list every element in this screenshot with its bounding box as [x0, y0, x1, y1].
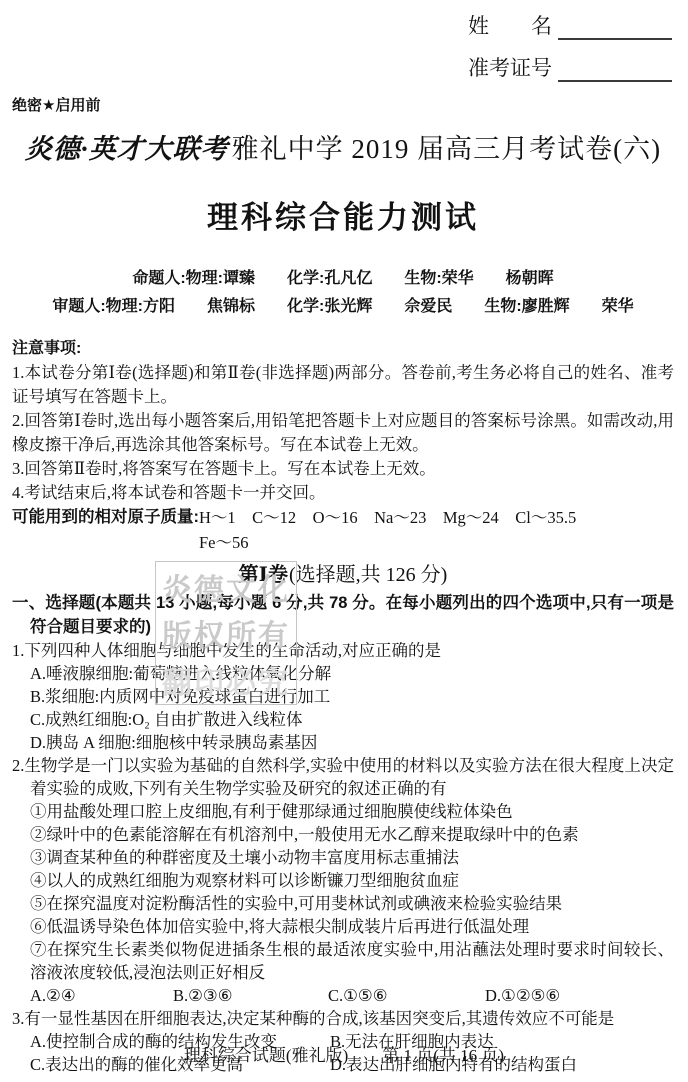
- question-2-statement-2: ②绿叶中的色素能溶解在有机溶剂中,一般使用无水乙醇来提取绿叶中的色素: [12, 823, 674, 846]
- subject-title: 理科综合能力测试: [12, 192, 674, 237]
- exam-paper-page: 姓 名 准考证号 绝密★启用前 炎德·英才大联考雅礼中学 2019 届高三月考试…: [0, 0, 688, 1082]
- question-1: 1.下列四种人体细胞与细胞中发生的生命活动,对应正确的是 A.唾液腺细胞:葡萄糖…: [12, 639, 674, 754]
- secrecy-notice: 绝密★启用前: [12, 94, 674, 115]
- atomic-mass-line-2: Fe～56: [199, 530, 576, 555]
- question-2-statement-1: ①用盐酸处理口腔上皮细胞,有利于健那绿通过细胞膜使线粒体染色: [12, 800, 674, 823]
- atomic-mass-values: H～1 C～12 O～16 Na～23 Mg～24 Cl～35.5 Fe～56: [199, 505, 576, 555]
- watermark-line: 炎德文化: [162, 565, 290, 609]
- exam-brand: 炎德·英才大联考: [25, 134, 229, 164]
- ticket-number-label: 准考证号: [468, 52, 552, 82]
- atomic-mass-label: 可能用到的相对原子质量:: [12, 505, 199, 530]
- notice-title: 注意事项:: [12, 337, 674, 361]
- name-label: 姓 名: [468, 10, 552, 40]
- notice-item-4: 4.考试结束后,将本试卷和答题卡一并交回。: [12, 481, 674, 505]
- watermark-line: 版权所有: [162, 611, 290, 655]
- question-2-statement-7: ⑦在探究生长素类似物促进插条生根的最适浓度实验中,用沾蘸法处理时要求时间较长、溶…: [12, 938, 674, 984]
- name-field-row: 姓 名: [468, 10, 672, 40]
- atomic-mass-row: 可能用到的相对原子质量: H～1 C～12 O～16 Na～23 Mg～24 C…: [12, 505, 674, 555]
- candidate-info-block: 姓 名 准考证号: [468, 10, 672, 82]
- question-2-statement-5: ⑤在探究温度对淀粉酶活性的实验中,可用斐林试剂或碘液来检验实验结果: [12, 892, 674, 915]
- setters-line: 命题人:物理:谭臻 化学:孔凡亿 生物:荣华 杨朝晖: [12, 265, 674, 293]
- name-blank-line[interactable]: [558, 12, 672, 40]
- atomic-mass-line-1: H～1 C～12 O～16 Na～23 Mg～24 Cl～35.5: [199, 505, 576, 530]
- question-2-statement-6: ⑥低温诱导染色体加倍实验中,将大蒜根尖制成装片后再进行低温处理: [12, 915, 674, 938]
- question-2-option-c: C.①⑤⑥: [328, 984, 485, 1007]
- section-1: 炎德文化 版权所有 翻印必究 第Ⅰ卷(选择题,共 126 分) 一、选择题(本题…: [12, 561, 674, 1076]
- question-1-option-d: D.胰岛 A 细胞:细胞核中转录胰岛素基因: [12, 731, 674, 754]
- question-2-options-row: A.②④ B.②③⑥ C.①⑤⑥ D.①②⑤⑥: [12, 984, 674, 1007]
- question-2-option-a: A.②④: [30, 984, 173, 1007]
- question-1-option-b: B.浆细胞:内质网中对免疫球蛋白进行加工: [12, 685, 674, 708]
- question-2-statement-3: ③调查某种鱼的种群密度及土壤小动物丰富度用标志重捕法: [12, 846, 674, 869]
- ticket-blank-line[interactable]: [558, 54, 672, 82]
- question-1-stem: 1.下列四种人体细胞与细胞中发生的生命活动,对应正确的是: [12, 639, 674, 662]
- question-2-option-b: B.②③⑥: [173, 984, 328, 1007]
- notice-item-3: 3.回答第Ⅱ卷时,将答案写在答题卡上。写在本试卷上无效。: [12, 457, 674, 481]
- notice-item-1: 1.本试卷分第Ⅰ卷(选择题)和第Ⅱ卷(非选择题)两部分。答卷前,考生务必将自己的…: [12, 361, 674, 409]
- notice-item-2: 2.回答第Ⅰ卷时,选出每小题答案后,用铅笔把答题卡上对应题目的答案标号涂黑。如需…: [12, 409, 674, 457]
- selection-instruction: 一、选择题(本题共 13 小题,每小题 6 分,共 78 分。在每小题列出的四个…: [12, 591, 674, 639]
- question-1-option-a: A.唾液腺细胞:葡萄糖进入线粒体氧化分解: [12, 662, 674, 685]
- page-content: 姓 名 准考证号 绝密★启用前 炎德·英才大联考雅礼中学 2019 届高三月考试…: [0, 0, 688, 1076]
- question-2-statement-4: ④以人的成熟红细胞为观察材料可以诊断镰刀型细胞贫血症: [12, 869, 674, 892]
- exam-title: 炎德·英才大联考雅礼中学 2019 届高三月考试卷(六): [12, 127, 674, 166]
- question-2-stem: 2.生物学是一门以实验为基础的自然科学,实验中使用的材料以及实验方法在很大程度上…: [12, 754, 674, 800]
- section-title: 第Ⅰ卷(选择题,共 126 分): [12, 561, 674, 589]
- question-2: 2.生物学是一门以实验为基础的自然科学,实验中使用的材料以及实验方法在很大程度上…: [12, 754, 674, 1007]
- question-2-option-d: D.①②⑤⑥: [485, 984, 674, 1007]
- ticket-field-row: 准考证号: [468, 52, 672, 82]
- exam-title-rest: 雅礼中学 2019 届高三月考试卷(六): [232, 134, 661, 164]
- reviewers-line: 审题人:物理:方阳 焦锦标 化学:张光辉 佘爱民 生物:廖胜辉 荣华: [12, 293, 674, 321]
- section-title-detail: (选择题,共 126 分): [289, 564, 447, 586]
- page-footer: 理科综合试题(雅礼版) 第 1 页(共 16 页): [0, 1041, 688, 1066]
- watermark-line: 翻印必究: [162, 658, 290, 702]
- question-1-option-c: C.成熟红细胞:O₂ 自由扩散进入线粒体: [12, 708, 674, 731]
- question-3-stem: 3.有一显性基因在肝细胞表达,决定某种酶的合成,该基因突变后,其遗传效应不可能是: [12, 1007, 674, 1030]
- publisher-watermark: 炎德文化 版权所有 翻印必究: [155, 561, 297, 705]
